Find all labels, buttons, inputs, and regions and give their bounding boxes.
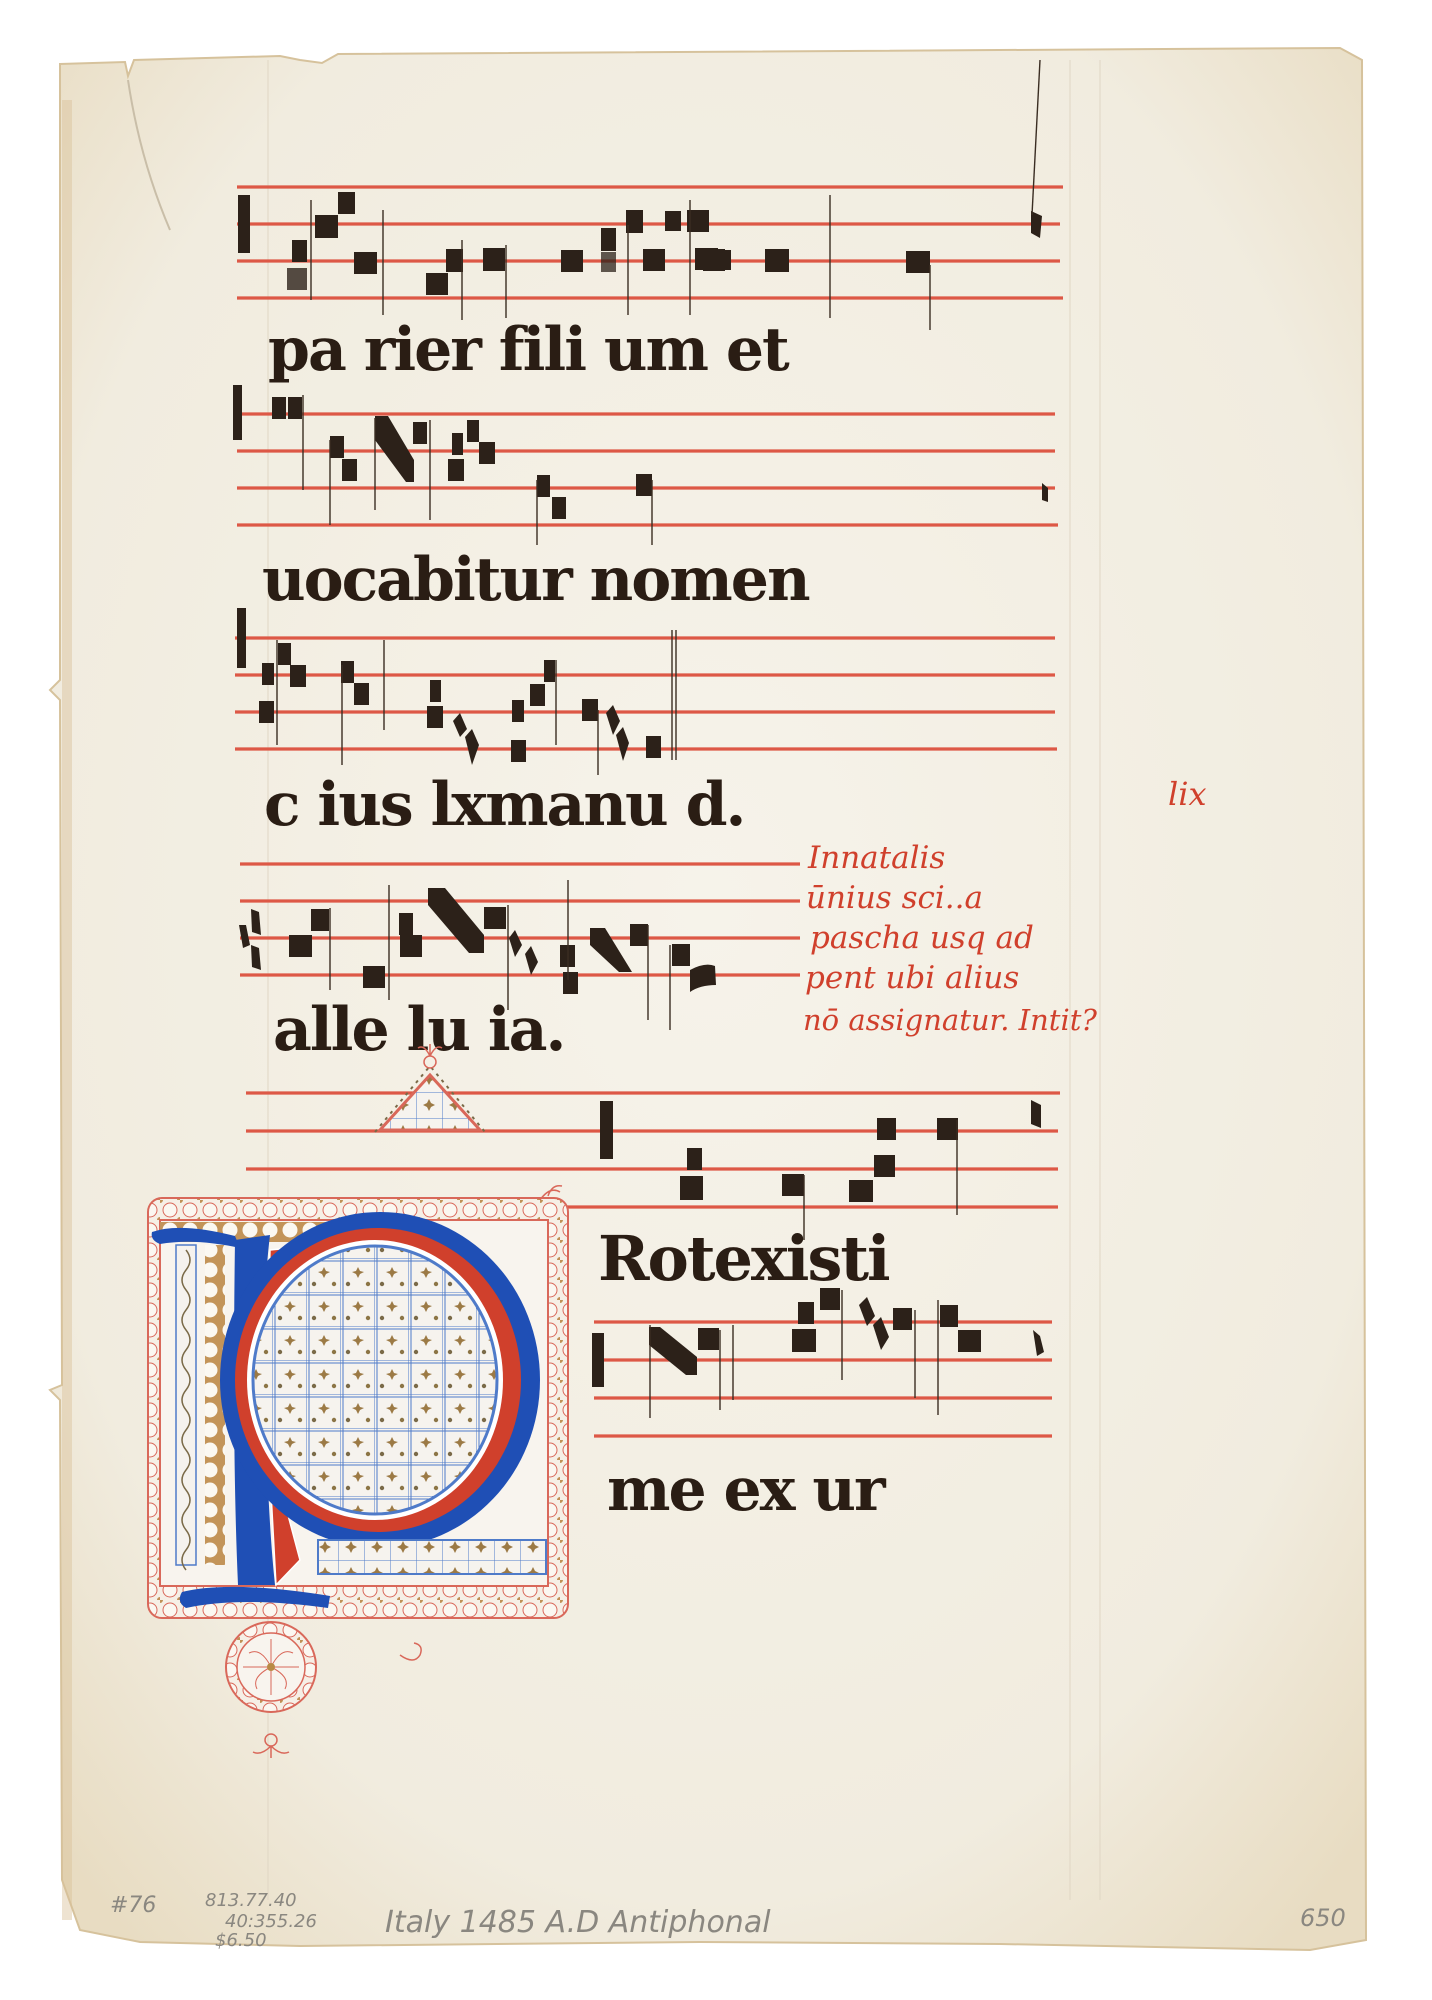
lyric-staff-1: pa rier fili um et — [268, 315, 790, 385]
lyric-staff-5: Rotexisti — [598, 1222, 890, 1295]
pencil-price: $6.50 — [215, 1930, 267, 1951]
pencil-description: Italy 1485 A.D Antiphonal — [385, 1905, 771, 1940]
pencil-number-2: 40:355.26 — [225, 1911, 317, 1932]
rubric-line-2: ūnius sci..a — [806, 880, 983, 916]
pencil-inventory-mark: #76 — [110, 1893, 156, 1918]
lyric-staff-3: c ius lxmanu d. — [264, 770, 744, 840]
lyric-staff-2: uocabitur nomen — [262, 545, 810, 615]
rubric-line-3: pascha usq ad — [810, 920, 1034, 956]
rubric-line-1: Innatalis — [807, 840, 945, 876]
rubric-line-4: pent ubi alius — [805, 960, 1019, 996]
folio-number: lix — [1168, 775, 1207, 813]
manuscript-page-view: pa rier fili um et uocabitur nomen — [0, 0, 1432, 2000]
lyric-staff-4: alle lu ia. — [273, 995, 564, 1065]
edge-stain — [62, 100, 72, 1920]
rubric-line-5: nō assignatur. Intit? — [803, 1003, 1097, 1037]
pencil-corner-number: 650 — [1300, 1904, 1346, 1932]
c-clef-icon — [238, 195, 250, 253]
lyric-staff-6: me ex ur — [607, 1455, 887, 1525]
pencil-number-1: 813.77.40 — [205, 1890, 297, 1911]
